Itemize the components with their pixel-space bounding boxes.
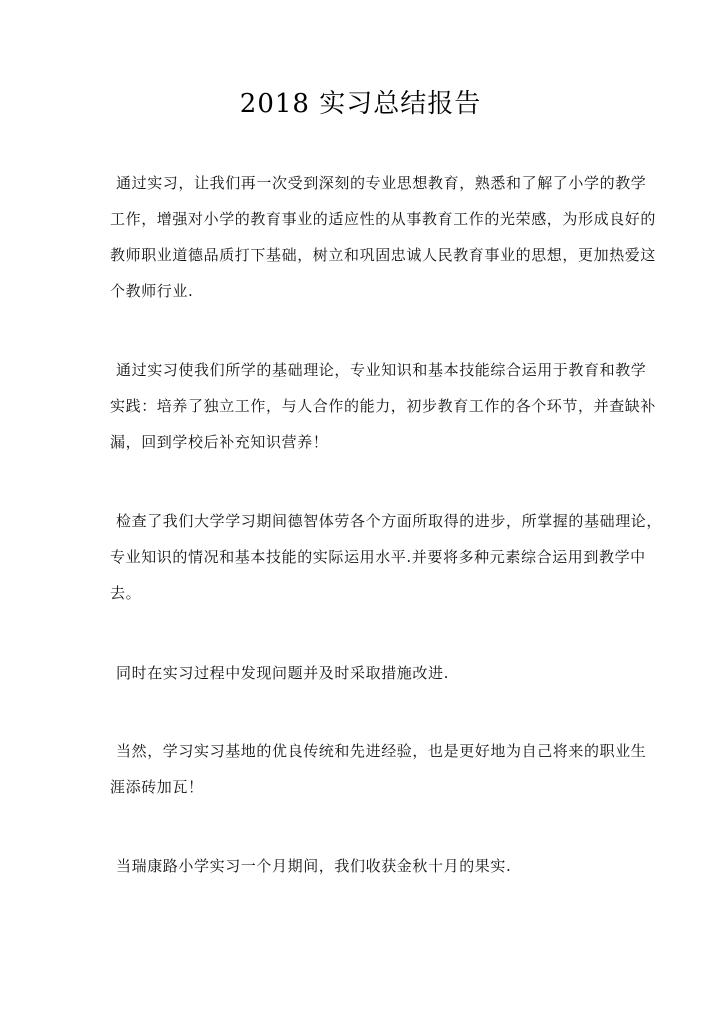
paragraph-line: 当瑞康路小学实习一个月期间，我们收获金秋十月的果实. [116,856,626,876]
paragraph-line: 去。 [110,583,620,603]
paragraph-line: 涯添砖加瓦！ [110,777,620,797]
paragraph-line: 同时在实习过程中发现问题并及时采取措施改进. [116,663,626,683]
paragraph-line: 通过实习，让我们再一次受到深刻的专业思想教育，熟悉和了解了小学的教学 [116,173,626,193]
paragraph-line: 检查了我们大学学习期间德智体劳各个方面所取得的进步，所掌握的基础理论， [116,511,626,531]
paragraph-line: 实践：培养了独立工作，与人合作的能力，初步教育工作的各个环节，并查缺补 [110,396,620,416]
paragraph-line: 专业知识的情况和基本技能的实际运用水平.并要将多种元素综合运用到教学中 [110,547,620,567]
paragraph-line: 漏，回到学校后补充知识营养！ [110,432,620,452]
paragraph-line: 个教师行业. [110,281,620,301]
paragraph-line: 当然，学习实习基地的优良传统和先进经验，也是更好地为自己将来的职业生 [116,741,626,761]
paragraph-line: 教师职业道德品质打下基础，树立和巩固忠诚人民教育事业的思想，更加热爱这 [110,245,620,265]
paragraph-line: 通过实习使我们所学的基础理论，专业知识和基本技能综合运用于教育和教学 [116,360,626,380]
paragraph-line: 工作，增强对小学的教育事业的适应性的从事教育工作的光荣感，为形成良好的 [110,209,620,229]
document-title: 2018 实习总结报告 [0,86,721,122]
